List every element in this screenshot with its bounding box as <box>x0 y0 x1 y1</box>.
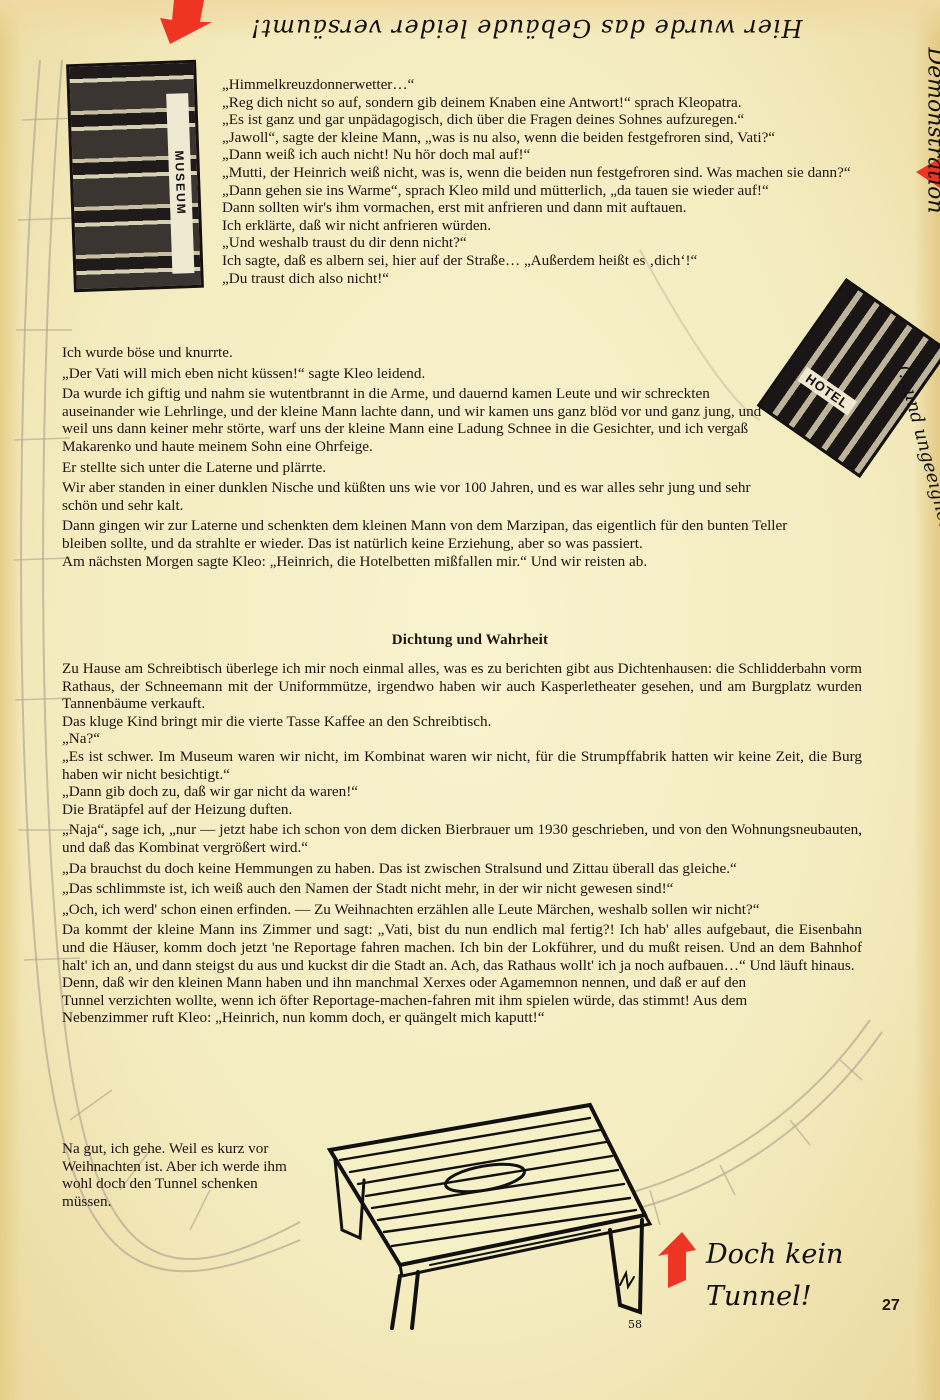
paragraph: „Der Vati will mich eben nicht küssen!“ … <box>62 365 782 383</box>
handwritten-note-tunnel: Doch kein Tunnel! <box>706 1234 843 1318</box>
paragraph: „Dann weiß ich auch nicht! Nu hör doch m… <box>222 146 902 164</box>
museum-photo: MUSEUM <box>66 60 204 292</box>
paragraph: Denn, daß wir den kleinen Mann haben und… <box>62 974 782 1027</box>
paragraph: „Himmelkreuzdonnerwetter…“ <box>222 76 902 94</box>
paragraph: „Mutti, der Heinrich weiß nicht, was is,… <box>222 164 902 182</box>
paragraph: Wir aber standen in einer dunklen Nische… <box>62 479 762 514</box>
paragraph: „Und weshalb traust du dir denn nicht?“ <box>222 234 902 252</box>
paragraph: Na gut, ich gehe. Weil es kurz vor Weihn… <box>62 1140 302 1210</box>
paragraph: Dann sollten wir's ihm vormachen, erst m… <box>222 199 902 217</box>
handwritten-note-tunnel-line1: Doch kein <box>706 1234 843 1276</box>
paragraph: Zu Hause am Schreibtisch überlege ich mi… <box>62 660 862 713</box>
paragraph: Ich wurde böse und knurrte. <box>62 344 782 362</box>
paragraph: „Es ist ganz und gar unpädagogisch, dich… <box>222 111 902 129</box>
section-heading: Dichtung und Wahrheit <box>0 632 940 649</box>
text-block-closing: Na gut, ich gehe. Weil es kurz vor Weihn… <box>62 1140 302 1210</box>
paragraph: Am nächsten Morgen sagte Kleo: „Heinrich… <box>62 553 842 571</box>
paragraph: Da wurde ich giftig und nahm sie wutentb… <box>62 385 772 455</box>
paragraph: Da kommt der kleine Mann ins Zimmer und … <box>62 921 862 974</box>
paragraph: Ich erklärte, daß wir nicht anfrieren wü… <box>222 217 902 235</box>
paragraph: Er stellte sich unter die Laterne und pl… <box>62 459 782 477</box>
text-block-dialogue: „Himmelkreuzdonnerwetter…“ „Reg dich nic… <box>222 76 902 287</box>
paragraph: „Da brauchst du doch keine Hemmungen zu … <box>62 860 862 878</box>
paragraph: „Na?“ <box>62 730 862 748</box>
paragraph: Die Bratäpfel auf der Heizung duften. <box>62 801 862 819</box>
museum-sign: MUSEUM <box>166 93 194 274</box>
table-signature: 58 <box>628 1318 642 1330</box>
paragraph: „Jawoll“, sagte der kleine Mann, „was is… <box>222 129 902 147</box>
handwritten-note-top: Hier wurde das Gebäude leider versäumt! <box>250 14 802 42</box>
paragraph: „Du traust dich also nicht!“ <box>222 270 902 288</box>
text-block-dichtung: Zu Hause am Schreibtisch überlege ich mi… <box>62 660 862 1027</box>
red-arrow-top-icon <box>160 0 214 48</box>
paper-edge-left <box>0 0 22 1400</box>
paragraph: „Dann gehen sie ins Warme“, sprach Kleo … <box>222 182 782 200</box>
text-block-story: Ich wurde böse und knurrte. „Der Vati wi… <box>62 344 782 570</box>
paragraph: „Das schlimmste ist, ich weiß auch den N… <box>62 880 862 898</box>
page-number: 27 <box>882 1297 900 1315</box>
paragraph: Ich sagte, daß es albern sei, hier auf d… <box>222 252 742 270</box>
hotel-sign: HOTEL <box>797 367 857 416</box>
paragraph: „Dann gib doch zu, daß wir gar nicht da … <box>62 783 862 801</box>
paragraph: „Och, ich werd' schon einen erfinden. — … <box>62 901 862 919</box>
paragraph: „Es ist schwer. Im Museum waren wir nich… <box>62 748 862 783</box>
paragraph: Dann gingen wir zur Laterne und schenkte… <box>62 517 797 552</box>
magazine-page: MUSEUM HOTEL Hier wurde das Gebäude leid… <box>0 0 940 1400</box>
handwritten-note-tunnel-line2: Tunnel! <box>706 1276 843 1318</box>
paragraph: „Reg dich nicht so auf, sondern gib dein… <box>222 94 902 112</box>
paragraph: Das kluge Kind bringt mir die vierte Tas… <box>62 713 862 731</box>
paragraph: „Naja“, sage ich, „nur — jetzt habe ich … <box>62 821 862 856</box>
handwritten-note-demonstration: Demonstration <box>923 48 940 214</box>
table-drawing: 58 <box>310 1090 670 1330</box>
